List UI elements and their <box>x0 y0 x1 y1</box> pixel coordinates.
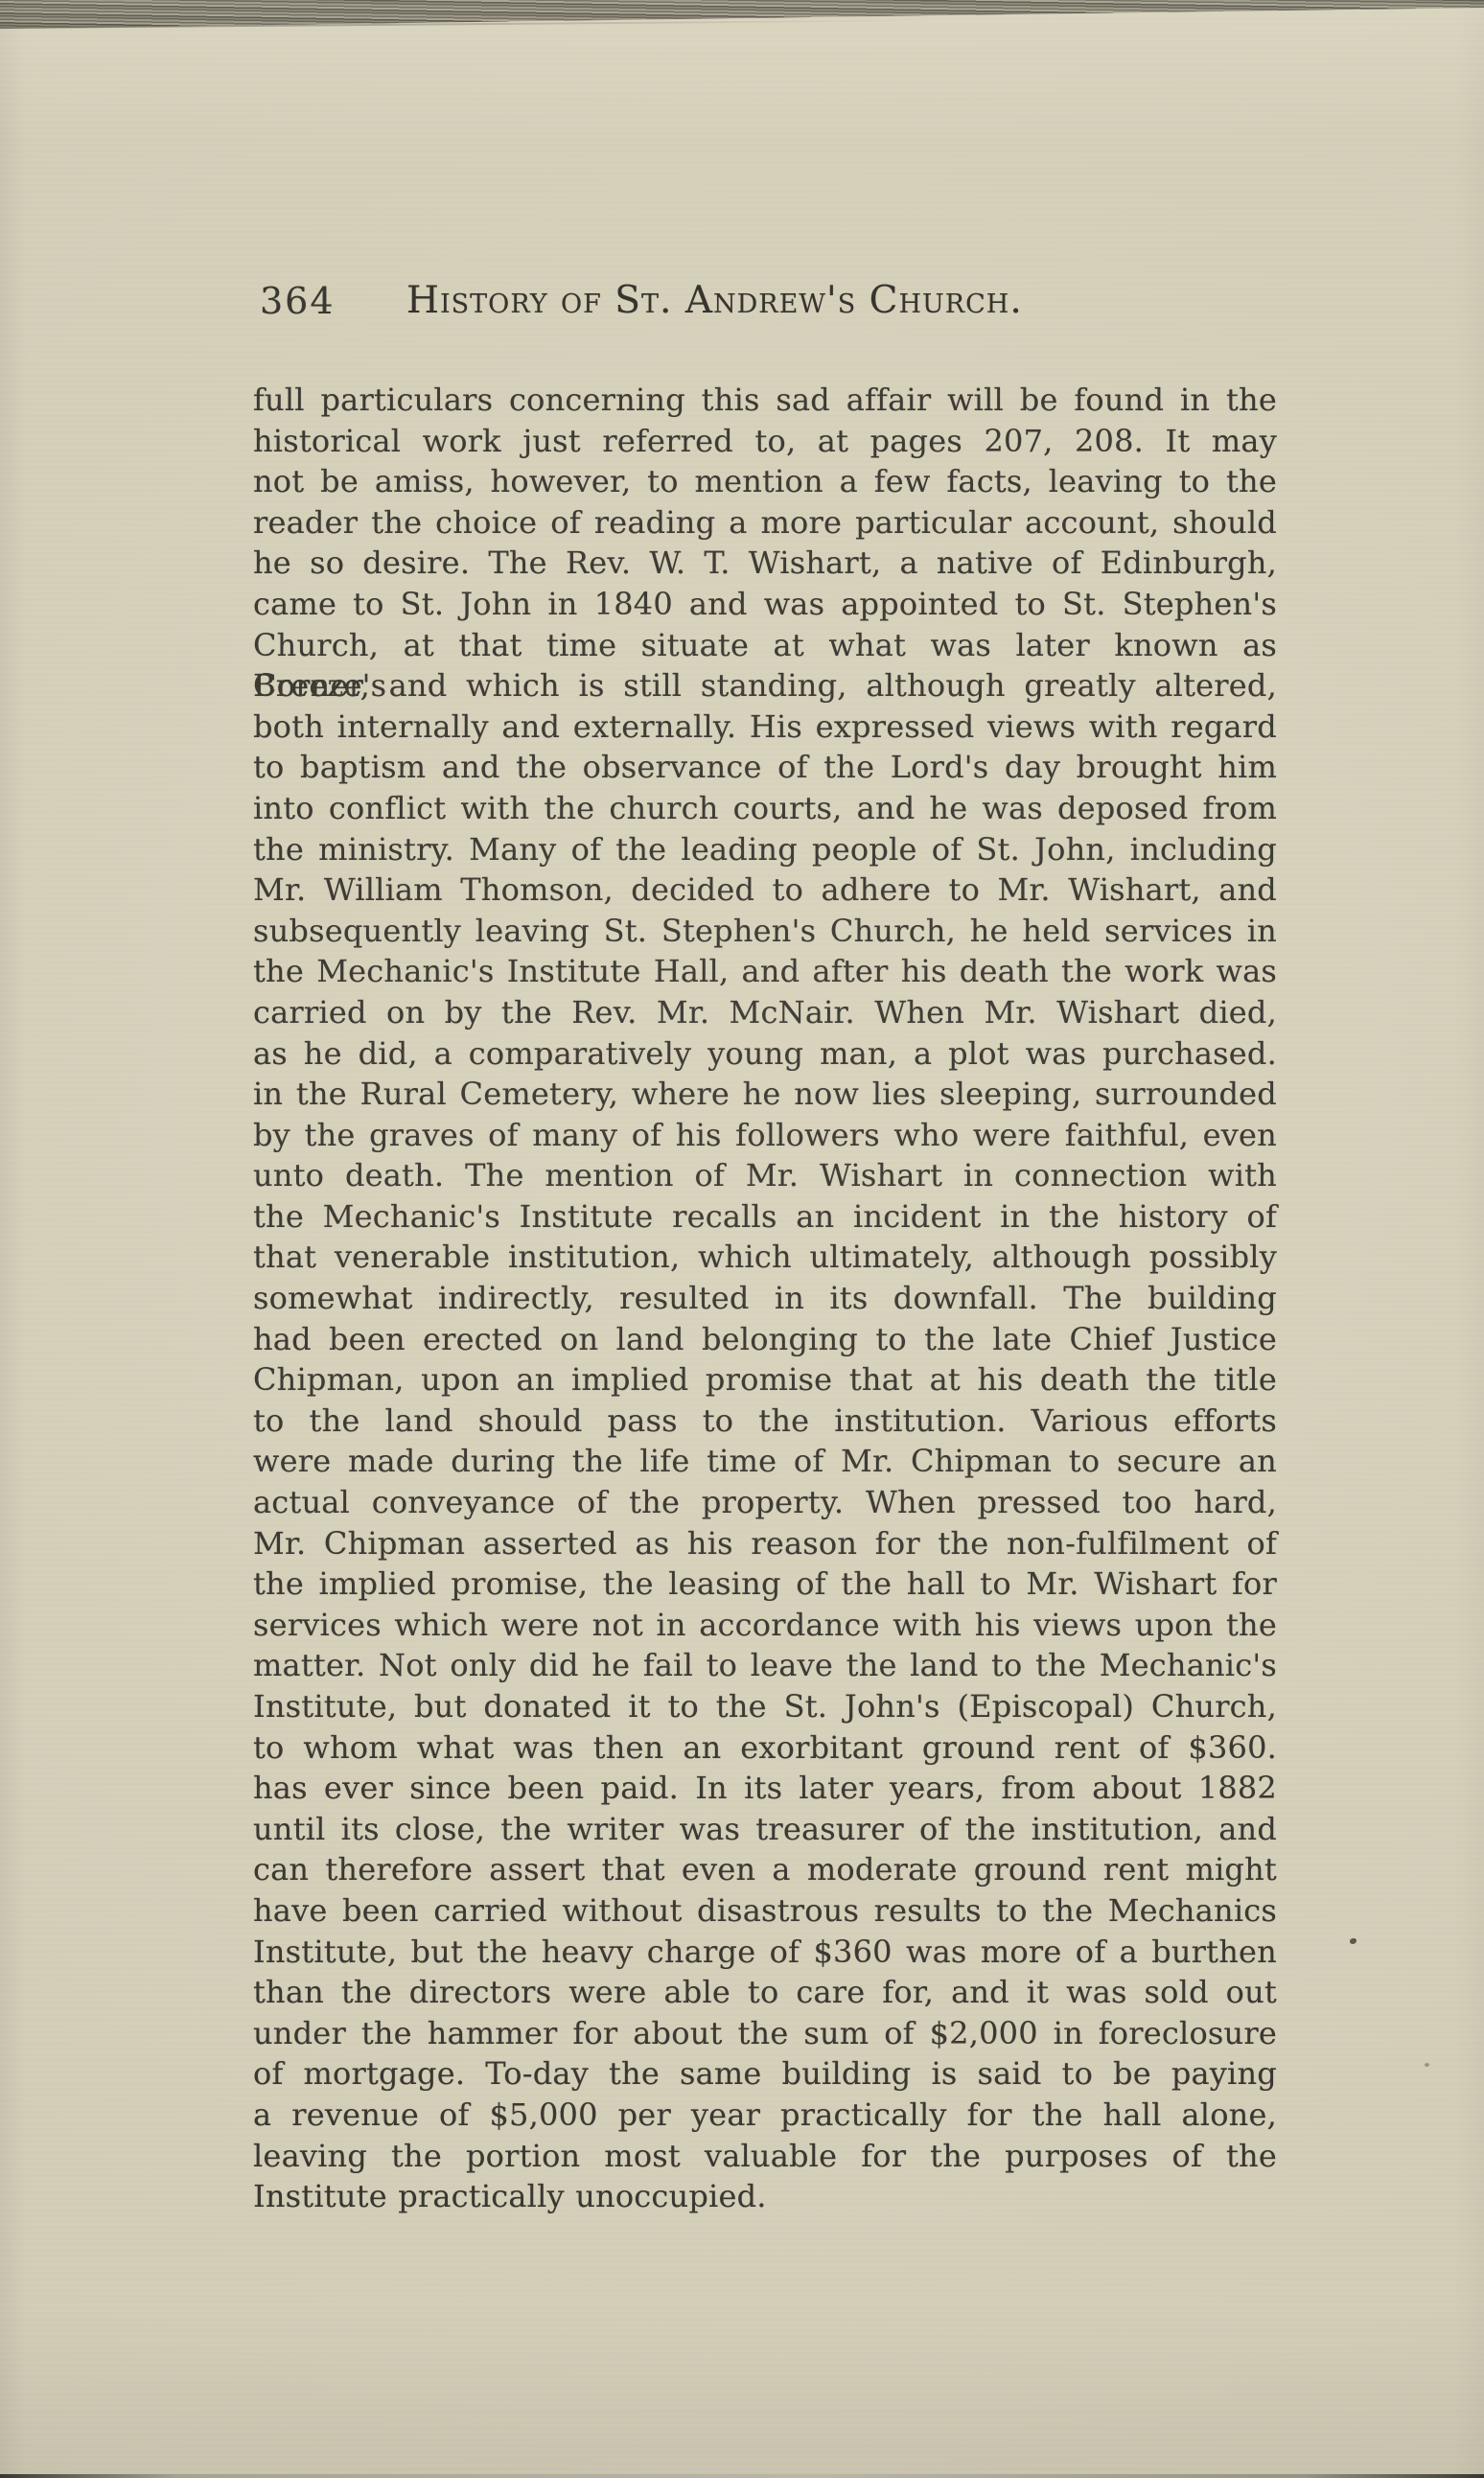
body-text-line: the implied promise, the leasing of the … <box>253 1563 1277 1605</box>
body-text-line: as he did, a comparatively young man, a … <box>253 1033 1277 1075</box>
body-text-line: has ever since been paid. In its later y… <box>253 1768 1277 1809</box>
body-text-line: Chipman, upon an implied promise that at… <box>253 1359 1277 1401</box>
body-text-line: matter. Not only did he fail to leave th… <box>253 1645 1277 1686</box>
body-text-line: the Mechanic's Institute Hall, and after… <box>253 951 1277 992</box>
body-text-line: the Mechanic's Institute recalls an inci… <box>253 1196 1277 1238</box>
body-text-line: actual conveyance of the property. When … <box>253 1482 1277 1523</box>
body-text-line: until its close, the writer was treasure… <box>253 1809 1277 1850</box>
body-text: full particulars concerning this sad aff… <box>253 380 1277 2217</box>
body-text-line: than the directors were able to care for… <box>253 1972 1277 2013</box>
body-text-line: full particulars concerning this sad aff… <box>253 380 1277 421</box>
body-text-line: somewhat indirectly, resulted in its dow… <box>253 1278 1277 1319</box>
page-number: 364 <box>260 280 336 322</box>
body-text-line: were made during the life time of Mr. Ch… <box>253 1441 1277 1482</box>
body-text-line: that venerable institution, which ultima… <box>253 1237 1277 1278</box>
body-text-line: of mortgage. To-day the same building is… <box>253 2053 1277 2095</box>
ink-speck <box>1350 1938 1356 1944</box>
body-text-line: reader the choice of reading a more part… <box>253 502 1277 544</box>
body-text-line: unto death. The mention of Mr. Wishart i… <box>253 1155 1277 1196</box>
running-header-title: History of St. Andrew's Church. <box>406 279 1023 322</box>
book-page-top-edge <box>0 0 1484 33</box>
body-text-line: can therefore assert that even a moderat… <box>253 1849 1277 1890</box>
body-text-line: under the hammer for about the sum of $2… <box>253 2013 1277 2054</box>
body-text-line: into conflict with the church courts, an… <box>253 788 1277 829</box>
body-text-line: leaving the portion most valuable for th… <box>253 2136 1277 2177</box>
body-text-line: to baptism and the observance of the Lor… <box>253 747 1277 788</box>
body-text-line: by the graves of many of his followers w… <box>253 1115 1277 1156</box>
body-text-line: Institute practically unoccupied. <box>253 2176 1277 2217</box>
body-text-line: carried on by the Rev. Mr. McNair. When … <box>253 992 1277 1033</box>
book-page-bottom-edge <box>0 2474 1484 2478</box>
body-text-line: historical work just referred to, at pag… <box>253 421 1277 462</box>
body-text-line: have been carried without disastrous res… <box>253 1890 1277 1932</box>
body-text-line: Mr. William Thomson, decided to adhere t… <box>253 869 1277 911</box>
body-text-line: services which were not in accordance wi… <box>253 1605 1277 1646</box>
body-text-line: he so desire. The Rev. W. T. Wishart, a … <box>253 543 1277 584</box>
body-text-line: to the land should pass to the instituti… <box>253 1401 1277 1442</box>
body-text-line: Mr. Chipman asserted as his reason for t… <box>253 1523 1277 1564</box>
body-text-line: Church, at that time situate at what was… <box>253 625 1277 666</box>
body-text-line: both internally and externally. His expr… <box>253 706 1277 748</box>
body-text-line: Corner, and which is still standing, alt… <box>253 665 1277 706</box>
body-text-line: in the Rural Cemetery, where he now lies… <box>253 1074 1277 1115</box>
ink-speck <box>1425 2063 1429 2067</box>
body-text-line: came to St. John in 1840 and was appoint… <box>253 584 1277 625</box>
body-text-line: to whom what was then an exorbitant grou… <box>253 1727 1277 1769</box>
body-text-line: the ministry. Many of the leading people… <box>253 829 1277 870</box>
body-text-line: a revenue of $5,000 per year practically… <box>253 2095 1277 2136</box>
body-text-line: not be amiss, however, to mention a few … <box>253 461 1277 502</box>
body-text-line: had been erected on land belonging to th… <box>253 1319 1277 1360</box>
body-text-line: Institute, but donated it to the St. Joh… <box>253 1686 1277 1727</box>
body-text-line: Institute, but the heavy charge of $360 … <box>253 1932 1277 1973</box>
body-text-line: subsequently leaving St. Stephen's Churc… <box>253 911 1277 952</box>
